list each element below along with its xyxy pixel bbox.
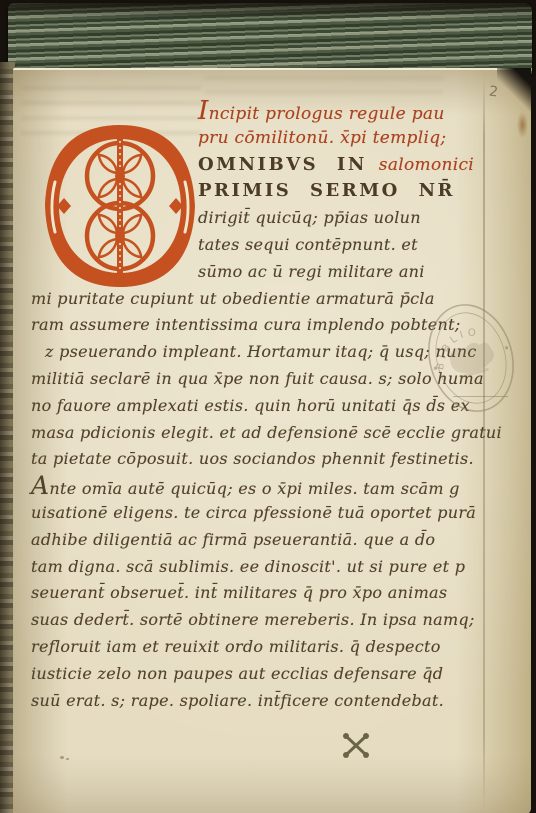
body-text-line: uisationē eligens. te circa pfessionē tu… <box>31 500 517 527</box>
quire-mark <box>341 729 371 761</box>
indented-lines: Incipit prologus regule pau pru cōmilito… <box>31 98 517 286</box>
body-text-line: ta pietate cōposuit. uos sociandos phenn… <box>31 446 517 473</box>
manuscript-page: 2 <box>13 68 531 813</box>
incipit-capitals: PRIMIS SERMO NR̄ <box>198 178 517 205</box>
speck <box>60 756 64 759</box>
body-text-line: suū erat. s; rape. spoliare. int̄ficere … <box>31 688 517 715</box>
rubric-line: pru cōmilitonū. x̄pi templiq; <box>198 125 517 152</box>
incipit-line: OMNIBVS INsalomonici <box>198 152 517 179</box>
body-text-line: dirigit̄ quicūq; pp̄ias uolun <box>198 205 517 232</box>
incipit-capitals: OMNIBVS IN <box>198 154 367 175</box>
speck <box>66 758 69 760</box>
body-text-line: Ante omīa autē quicūq; es o x̄pi miles. … <box>31 473 517 500</box>
book-page-edges <box>8 3 532 75</box>
rubric-line: Incipit prologus regule pau <box>198 98 517 125</box>
body-text-line: adhibe diligentiā ac firmā pseuerantiā. … <box>31 527 517 554</box>
body-text-line: iusticie zelo non paupes aut ecclias def… <box>31 661 517 688</box>
body-text-line: tates sequi contēpnunt. et <box>198 232 517 259</box>
manuscript-photo: 2 <box>0 0 536 813</box>
rubric-tail: salomonici <box>379 155 474 175</box>
stain <box>517 112 528 138</box>
body-text-line: suas dedert̄. sortē obtinere mereberis. … <box>31 607 517 634</box>
body-text-line: refloruit iam et reuixit ordo militaris.… <box>31 634 517 661</box>
body-text-line: tam digna. scā sublimis. ee dinoscit'. u… <box>31 554 517 581</box>
body-text-line: sūmo ac ū regi militare ani <box>198 259 517 286</box>
body-text-line: seuerant̄ obseruet̄. int̄ militares q̄ p… <box>31 580 517 607</box>
